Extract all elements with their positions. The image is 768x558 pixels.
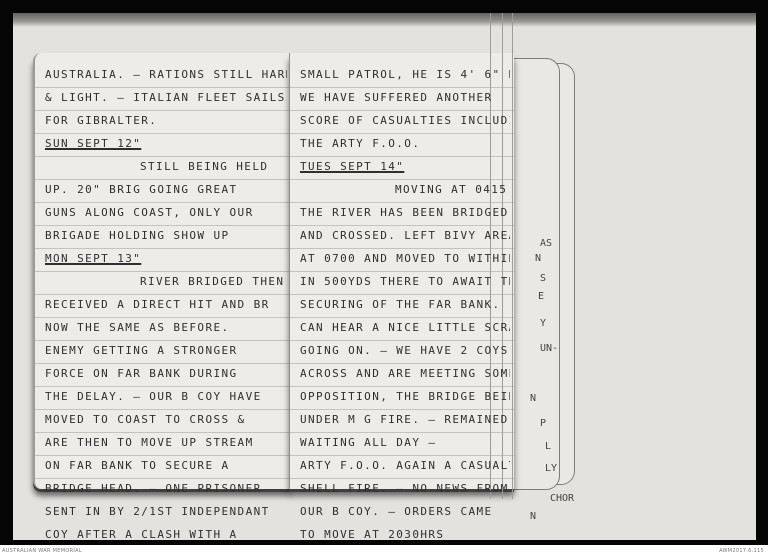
line-text: RECEIVED A DIRECT HIT AND BR [45, 298, 270, 311]
diary-line: TO MOVE AT 2030HRS [300, 523, 510, 540]
diary-scan: AUSTRALIA. — RATIONS STILL HARD& LIGHT. … [13, 13, 756, 540]
diary-line: AND CROSSED. LEFT BIVY AREA [300, 224, 510, 247]
line-text: THE RIVER HAS BEEN BRIDGED [300, 206, 509, 219]
diary-line: UNDER M G FIRE. — REMAINED [300, 408, 510, 431]
margin-note: P [540, 418, 546, 429]
diary-line: UP. 20" BRIG GOING GREAT [45, 178, 287, 201]
margin-note: S [540, 273, 546, 284]
line-text: AT 0700 AND MOVED TO WITHIN [300, 252, 510, 265]
line-text: SHELL FIRE. — NO NEWS FROM [300, 482, 509, 495]
line-text: FOR GIBRALTER. [45, 114, 157, 127]
diary-line: AUSTRALIA. — RATIONS STILL HARD [45, 63, 287, 86]
line-text: WE HAVE SUFFERED ANOTHER [300, 91, 493, 104]
line-text: THE DELAY. — OUR B COY HAVE [45, 390, 262, 403]
diary-line: SCORE OF CASUALTIES INCLUDING [300, 109, 510, 132]
line-text: AUSTRALIA. — RATIONS STILL HARD [45, 68, 287, 81]
diary-line: OUR B COY. — ORDERS CAME [300, 500, 510, 523]
diary-line: CAN HEAR A NICE LITTLE SCRAP [300, 316, 510, 339]
margin-note: UN- [540, 343, 558, 354]
diary-line: BRIGADE HOLDING SHOW UP [45, 224, 287, 247]
diary-line: SECURING OF THE FAR BANK. [300, 293, 510, 316]
line-text: ARE THEN TO MOVE UP STREAM [45, 436, 254, 449]
diary-line: AT 0700 AND MOVED TO WITHIN [300, 247, 510, 270]
margin-note: CHOR [550, 493, 574, 504]
diary-line: FORCE ON FAR BANK DURING [45, 362, 287, 385]
scan-frame: AUSTRALIA. — RATIONS STILL HARD& LIGHT. … [0, 0, 768, 545]
margin-note: AS [540, 238, 552, 249]
page-edge-line [512, 13, 513, 499]
line-text: COY AFTER A CLASH WITH A [45, 528, 238, 540]
line-text: UNDER M G FIRE. — REMAINED [300, 413, 509, 426]
diary-date-heading: TUES SEPT 14" [300, 155, 510, 178]
diary-line: & LIGHT. — ITALIAN FLEET SAILS [45, 86, 287, 109]
line-text: ENEMY GETTING A STRONGER [45, 344, 238, 357]
right-page: SMALL PATROL, HE IS 4' 6" HIGHWE HAVE SU… [289, 53, 514, 489]
left-page: AUSTRALIA. — RATIONS STILL HARD& LIGHT. … [33, 53, 291, 489]
line-text: MON SEPT 13" [45, 252, 141, 265]
diary-line: NOW THE SAME AS BEFORE. [45, 316, 287, 339]
line-text: STILL BEING HELD [140, 160, 268, 173]
line-text: GOING ON. — WE HAVE 2 COYS [300, 344, 509, 357]
notebook: AUSTRALIA. — RATIONS STILL HARD& LIGHT. … [33, 53, 573, 501]
diary-line: FOR GIBRALTER. [45, 109, 287, 132]
diary-line: SENT IN BY 2/1ST INDEPENDANT [45, 500, 287, 523]
line-text: SUN SEPT 12" [45, 137, 141, 150]
footer-credit: AUSTRALIAN WAR MEMORIAL [2, 548, 82, 554]
diary-line: IN 500YDS THERE TO AWAIT THE [300, 270, 510, 293]
diary-line: GOING ON. — WE HAVE 2 COYS [300, 339, 510, 362]
diary-line: BRIDGE HEAD. — ONE PRISONER [45, 477, 287, 500]
line-text: IN 500YDS THERE TO AWAIT THE [300, 275, 510, 288]
diary-line: MOVING AT 0415 [300, 178, 510, 201]
line-text: MOVING AT 0415 [395, 183, 507, 196]
margin-note: E [538, 291, 544, 302]
diary-line: ACROSS AND ARE MEETING SOME [300, 362, 510, 385]
diary-line: THE RIVER HAS BEEN BRIDGED [300, 201, 510, 224]
line-text: GUNS ALONG COAST, ONLY OUR [45, 206, 254, 219]
diary-line: RIVER BRIDGED THEN [45, 270, 287, 293]
line-text: AND CROSSED. LEFT BIVY AREA [300, 229, 510, 242]
line-text: SCORE OF CASUALTIES INCLUDING [300, 114, 510, 127]
line-text: BRIDGE HEAD. — ONE PRISONER [45, 482, 262, 495]
line-text: ARTY F.O.O. AGAIN A CASUALTY FROM [300, 459, 510, 472]
line-text: RIVER BRIDGED THEN [140, 275, 284, 288]
diary-line: THE ARTY F.O.O. [300, 132, 510, 155]
line-text: TUES SEPT 14" [300, 160, 404, 173]
margin-note: Y [540, 318, 546, 329]
right-page-text: SMALL PATROL, HE IS 4' 6" HIGHWE HAVE SU… [300, 63, 510, 540]
line-text: FORCE ON FAR BANK DURING [45, 367, 238, 380]
diary-line: SHELL FIRE. — NO NEWS FROM [300, 477, 510, 500]
diary-date-heading: MON SEPT 13" [45, 247, 287, 270]
line-text: THE ARTY F.O.O. [300, 137, 420, 150]
diary-line: THE DELAY. — OUR B COY HAVE [45, 385, 287, 408]
diary-line: WAITING ALL DAY — [300, 431, 510, 454]
left-page-text: AUSTRALIA. — RATIONS STILL HARD& LIGHT. … [45, 63, 287, 540]
diary-line: STILL BEING HELD [45, 155, 287, 178]
line-text: CAN HEAR A NICE LITTLE SCRAP [300, 321, 510, 334]
diary-date-heading: SUN SEPT 12" [45, 132, 287, 155]
diary-line: SMALL PATROL, HE IS 4' 6" HIGH [300, 63, 510, 86]
line-text: SENT IN BY 2/1ST INDEPENDANT [45, 505, 270, 518]
footer-item-id: AWM2017.6.115 [719, 548, 764, 554]
line-text: NOW THE SAME AS BEFORE. [45, 321, 230, 334]
line-text: MOVED TO COAST TO CROSS & [45, 413, 246, 426]
line-text: & LIGHT. — ITALIAN FLEET SAILS [45, 91, 286, 104]
margin-note: N [530, 511, 536, 522]
line-text: ON FAR BANK TO SECURE A [45, 459, 230, 472]
line-text: WAITING ALL DAY — [300, 436, 436, 449]
line-text: OUR B COY. — ORDERS CAME [300, 505, 493, 518]
diary-line: COY AFTER A CLASH WITH A [45, 523, 287, 540]
line-text: UP. 20" BRIG GOING GREAT [45, 183, 238, 196]
scan-shadow-band [13, 13, 756, 27]
line-text: SMALL PATROL, HE IS 4' 6" HIGH [300, 68, 510, 81]
line-text: BRIGADE HOLDING SHOW UP [45, 229, 230, 242]
margin-note: LY [545, 463, 557, 474]
line-text: SECURING OF THE FAR BANK. [300, 298, 501, 311]
diary-line: OPPOSITION, THE BRIDGE BEING [300, 385, 510, 408]
diary-line: GUNS ALONG COAST, ONLY OUR [45, 201, 287, 224]
diary-line: ENEMY GETTING A STRONGER [45, 339, 287, 362]
margin-note: N [530, 393, 536, 404]
margin-note: N [535, 253, 541, 264]
diary-line: WE HAVE SUFFERED ANOTHER [300, 86, 510, 109]
line-text: TO MOVE AT 2030HRS [300, 528, 444, 540]
diary-line: MOVED TO COAST TO CROSS & [45, 408, 287, 431]
line-text: ACROSS AND ARE MEETING SOME [300, 367, 510, 380]
line-text: OPPOSITION, THE BRIDGE BEING [300, 390, 510, 403]
margin-note: L [545, 441, 551, 452]
diary-line: ARE THEN TO MOVE UP STREAM [45, 431, 287, 454]
diary-line: ARTY F.O.O. AGAIN A CASUALTY FROM [300, 454, 510, 477]
diary-line: ON FAR BANK TO SECURE A [45, 454, 287, 477]
diary-line: RECEIVED A DIRECT HIT AND BR [45, 293, 287, 316]
